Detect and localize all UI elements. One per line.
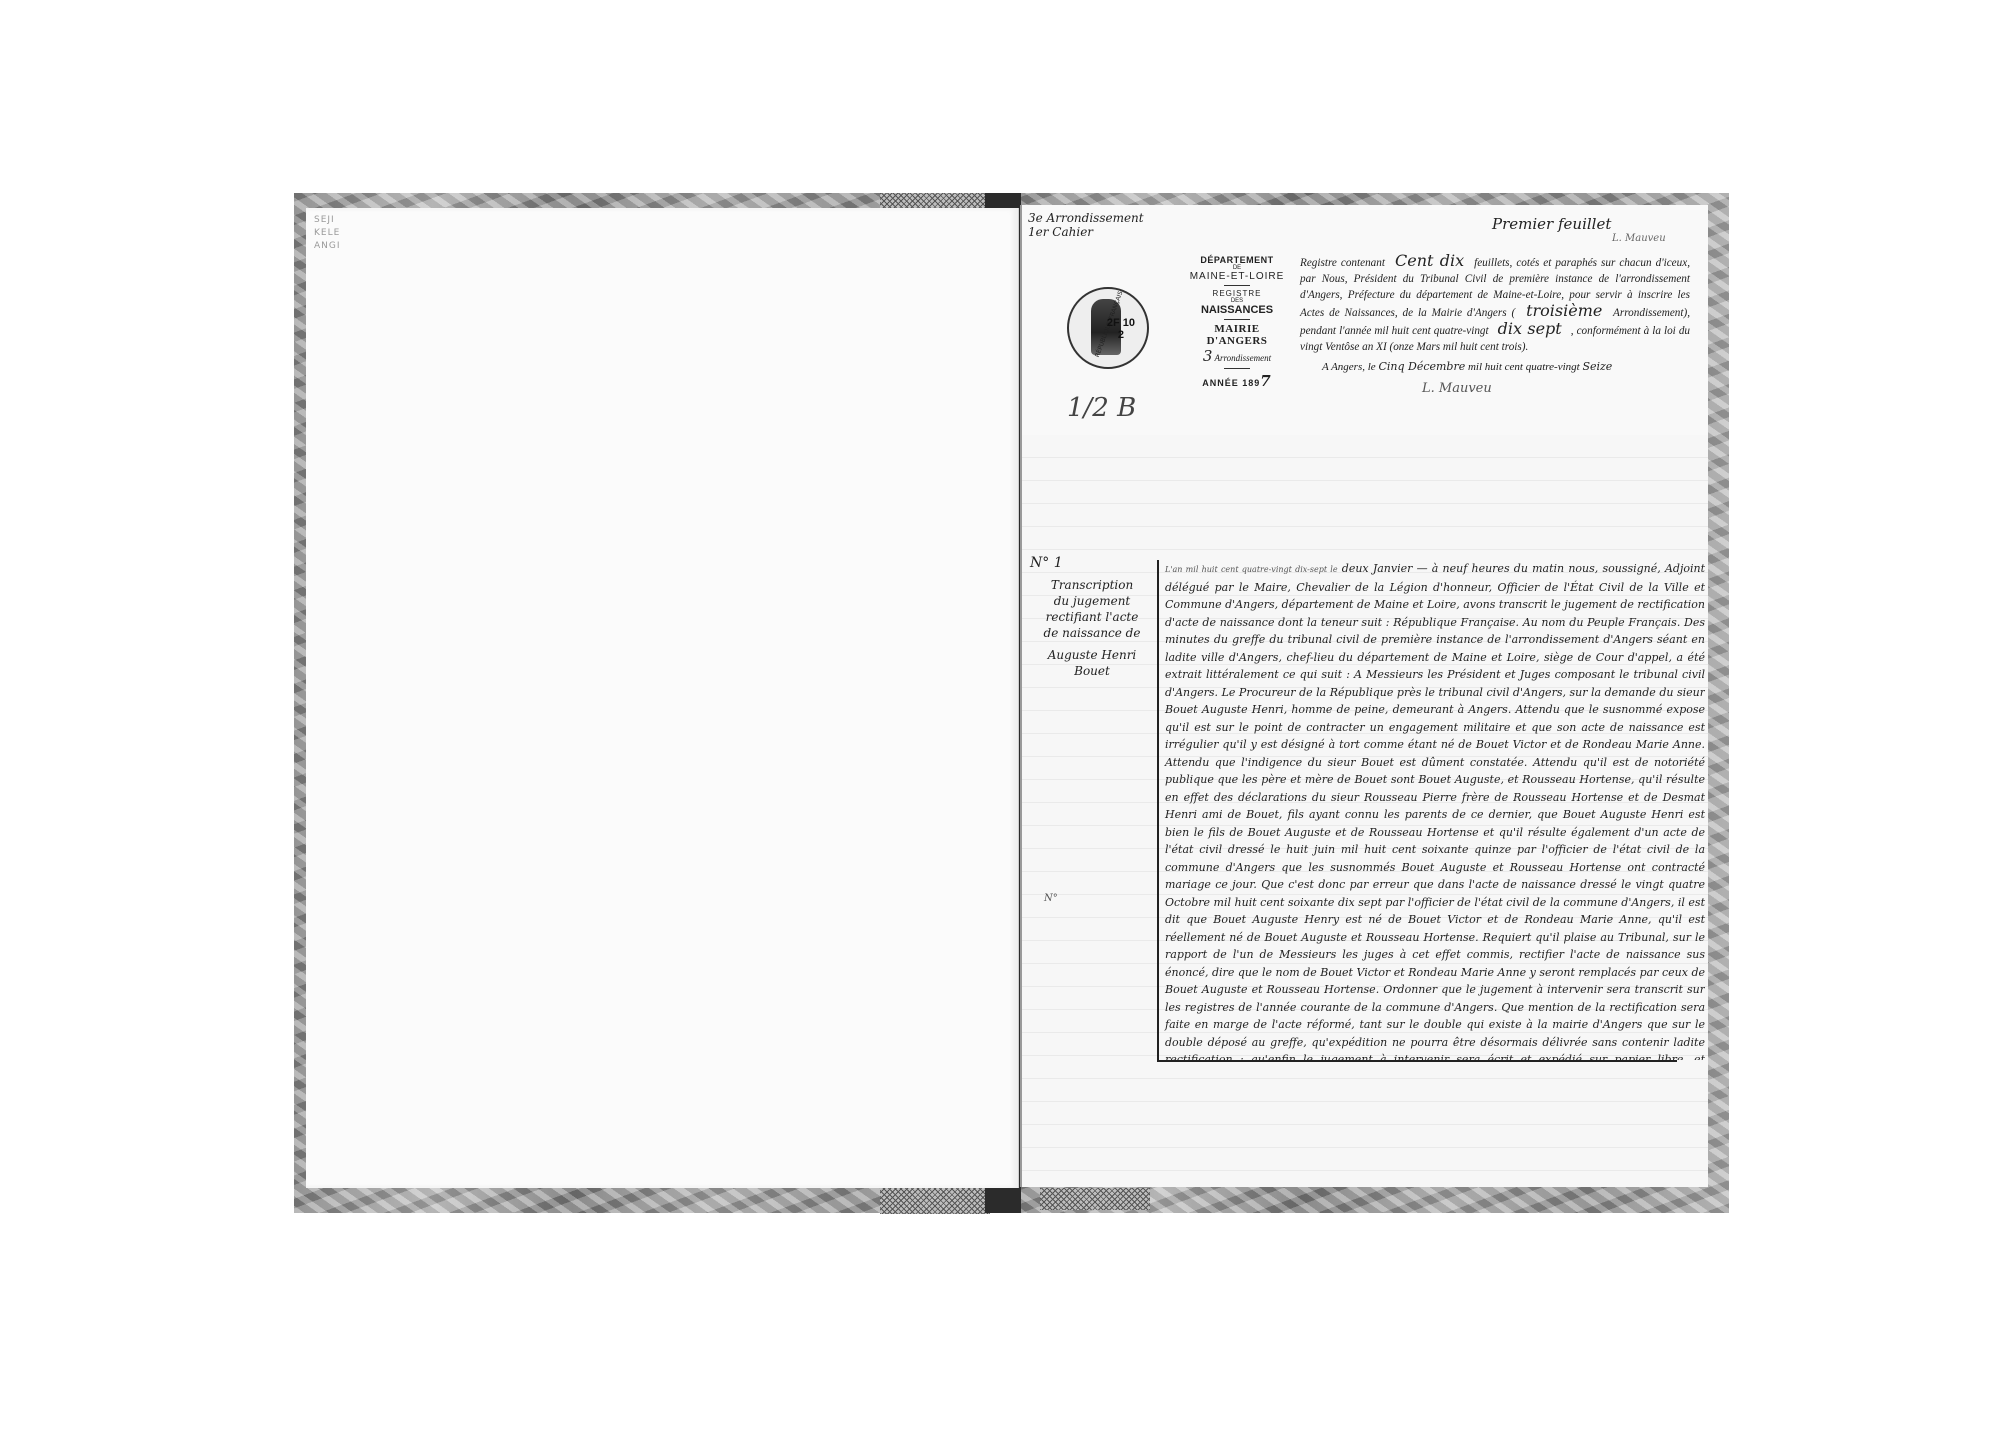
signature: L. Mauveu [1612,233,1666,244]
divider [1224,319,1250,320]
register-preamble: Registre contenant Cent dix feuillets, c… [1300,253,1690,355]
date-line: A Angers, le Cinq Décembre mil huit cent… [1322,360,1612,373]
divider [1224,285,1250,286]
entry-margin-note: Transcription du jugement rectifiant l'a… [1030,577,1154,679]
cover-cloth-corner [880,1188,990,1214]
first-sheet-note: Premier feuillet [1492,215,1611,233]
tax-stamp-seal: RÉPUBLIQUE FRANÇAISE 2F 10 2 [1067,287,1149,369]
entry-end-rule [1157,1060,1677,1062]
left-page: SEJI KELE ANGI [306,208,1019,1188]
entry-number: N° 1 [1030,555,1063,571]
folio-number: 1/2 B [1067,393,1136,423]
arrondissement-note: 3e Arrondissement 1er Cahier [1028,211,1144,239]
second-entry-number: N° [1044,893,1058,904]
cover-cloth-corner [880,193,990,209]
divider [1224,368,1250,369]
right-page: 3e Arrondissement 1er Cahier RÉPUBLIQUE … [1020,205,1708,1187]
cover-cloth-corner [1040,1188,1150,1210]
department-header: DÉPARTEMENT DE MAINE-ET-LOIRE REGISTRE D… [1187,255,1287,390]
archive-stamp: SEJI KELE ANGI [314,214,341,253]
president-signature: L. Mauveu [1422,381,1492,396]
birth-act-transcription: L'an mil huit cent quatre-vingt dix-sept… [1157,560,1705,1060]
